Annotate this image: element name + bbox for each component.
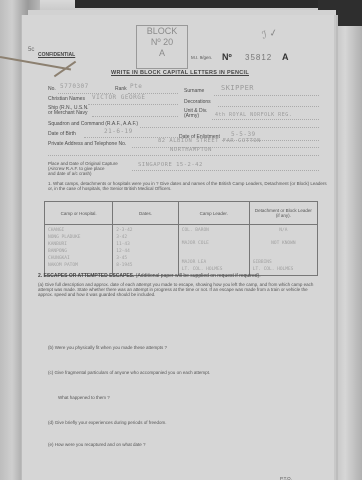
service-number-value: 5770307 [60,83,89,90]
rank-label: Rank [115,86,127,92]
unit-label: Unit & Div. (Army) [184,109,207,119]
rank-value: Pte [130,83,142,90]
capture-label: Place and Date of Original Capture (Airc… [48,161,118,176]
pto-label: P.T.O. [280,476,292,480]
section-2-title: 2. ESCAPES OR ATTEMPTED ESCAPES. [38,273,134,279]
camps-table-header: Camp or Hospital. Dates. Camp Leader. De… [45,202,318,225]
address-line-2: NORTHAMPTON [170,147,212,153]
background-shadow [75,0,325,8]
christian-names-value: VICTOR GEORGE [92,94,145,101]
form-reference: M.I. 9/gen. [191,55,212,60]
surname-label: Surname [184,88,204,94]
document-number: 35812 [245,53,272,62]
questionnaire-page: 5c CONFIDENTIAL BLOCK Nº 20 A ℐ ✓ M.I. 9… [22,15,334,480]
col-dates: Dates. [113,202,179,225]
enlistment-value: 5-5-39 [231,131,256,138]
stamp-line-3: A [137,48,187,59]
stamp-line-1: BLOCK [137,26,187,37]
camp-cell: CHANGI NONG PLADUKE KANBURI BANPONG CHUN… [45,225,113,276]
decorations-label: Decorations [184,99,211,105]
block-stamp: BLOCK Nº 20 A [136,25,188,69]
number-suffix: A [282,52,289,62]
ship-label-line-2: or Merchant Navy [48,111,89,116]
address-line-1: 82 ALBION STREET FAR COTTON [158,138,261,144]
instruction-heading: WRITE IN BLOCK CAPITAL LETTERS IN PENCIL [111,70,249,76]
question-2b: (b) Were you physically fit when you mad… [48,345,167,350]
dob-label: Date of Birth [48,131,76,137]
question-2c: (c) Give fragmental particulars of anyon… [48,370,210,375]
leader-cell: COL. BARON MAJOR COLE MAJOR LEA LT. COL.… [178,225,249,276]
col-camp-leader: Camp Leader. [178,202,249,225]
section-2-note: (Additional paper will be supplied on re… [136,273,261,279]
camps-table: Camp or Hospital. Dates. Camp Leader. De… [44,201,318,276]
dates-cell: 2-3-42 3-42 11-43 12-44 3-45 8-1945 [113,225,179,276]
address-label: Private Address and Telephone No. [48,141,126,147]
col-camp: Camp or Hospital. [45,202,113,225]
table-row: CHANGI NONG PLADUKE KANBURI BANPONG CHUN… [45,225,318,276]
section-1-question: 1. What camps, detachments or hospitals … [48,181,328,191]
question-2e: (e) How were you recaptured and on what … [48,442,146,447]
no-label: No. [48,86,56,92]
question-2d: (d) Give briefly your experiences during… [48,420,167,425]
corner-mark: 5c [28,47,34,53]
section-2-heading: 2. ESCAPES OR ATTEMPTED ESCAPES. (Additi… [38,273,261,279]
capture-label-line-3: and date of a/c crash) [48,171,118,176]
number-prefix: Nº [222,52,232,62]
unit-value: 4th ROYAL NORFOLK REG. [215,112,292,118]
unit-label-line-2: (Army) [184,114,207,119]
surname-value: SKIPPER [221,84,254,92]
question-2a: (a) Give full description and approx. da… [38,282,320,297]
squadron-label: Squadron and Command (R.A.F., A.A.F.) [48,121,138,127]
classification-label: CONFIDENTIAL [38,52,75,58]
handwritten-initials: ℐ ✓ [261,27,279,41]
christian-names-label: Christian Names [48,96,85,102]
stamp-line-2: Nº 20 [137,37,187,48]
page-stack-right [334,26,362,480]
capture-value: SINGAPORE 15-2-42 [138,162,203,168]
ship-label: Ship (R.N., U.S.N. or Merchant Navy [48,106,89,116]
detachment-cell: N/A NOT KNOWN GIBBINS LT. COL. HOLMES [249,225,317,276]
question-2c-followup: What happened to them ? [58,395,110,400]
col-detachment-leader: Detachment or Block Leader (if any). [249,202,317,225]
dob-value: 21-6-19 [104,128,133,135]
